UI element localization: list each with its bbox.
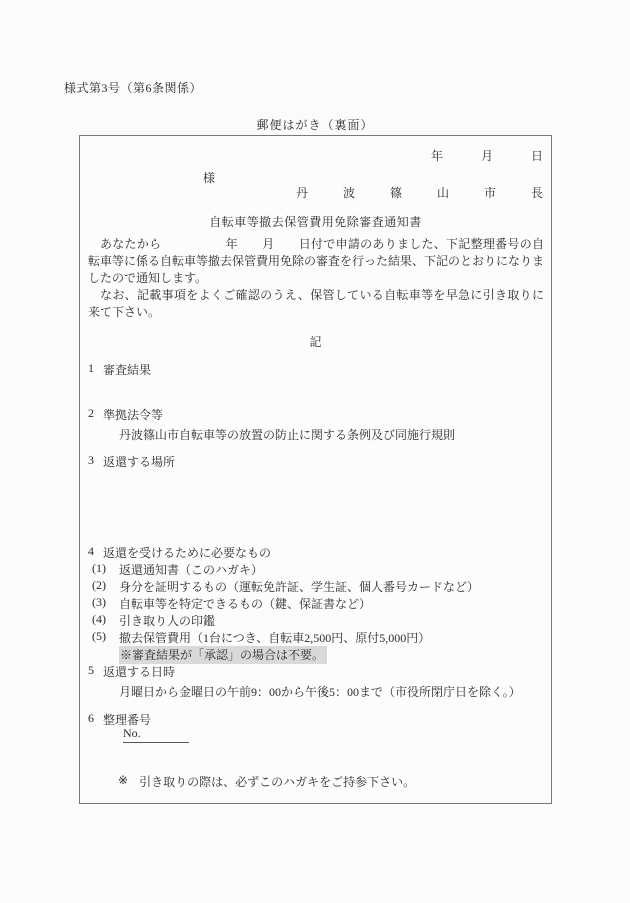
no-fill-in-field: No. [123, 726, 189, 743]
section-5-hours: 月曜日から金曜日の午前9：00から午後5：00まで（市役所閉庁日を除く。） [119, 683, 521, 700]
subitem-text: 身分を証明するもの（運転免許証、学生証、個人番号カードなど） [119, 578, 479, 595]
section-label: 返還する場所 [103, 453, 175, 470]
required-item-5: (5) 撤去保管費用（1台につき、自転車2,500円、原付5,000円） [92, 629, 430, 646]
required-item-3: (3) 自転車等を特定できるもの（鍵、保証書など） [92, 595, 371, 612]
mayor-char: 篠 [390, 184, 402, 201]
reference-number-blank: No. [123, 726, 189, 743]
subitem-text: 撤去保管費用（1台につき、自転車2,500円、原付5,000円） [119, 629, 430, 646]
intro-before-date: あなたから [100, 237, 161, 251]
record-marker: 記 [80, 333, 551, 350]
intro-paragraph-1: あなたから年月日付で申請のありました、下記整理番号の自転車等に係る自転車等撤去保… [88, 236, 544, 287]
mayor-char: 長 [531, 184, 543, 201]
postcard-card: 年 月 日 様 丹 波 篠 山 市 長 自転車等撤去保管費用免除審査通知書 あな… [79, 135, 552, 804]
required-item-4: (4) 引き取り人の印鑑 [92, 612, 215, 629]
subitem-number: (1) [92, 561, 119, 578]
document-title: 自転車等撤去保管費用免除審査通知書 [80, 213, 551, 230]
subitem-number: (2) [92, 578, 119, 595]
required-item-2: (2) 身分を証明するもの（運転免許証、学生証、個人番号カードなど） [92, 578, 479, 595]
section-number: 2 [88, 406, 103, 423]
subitem-number: (3) [92, 595, 119, 612]
section-3-return-place: 3 返還する場所 [88, 453, 175, 470]
date-line: 年 月 日 [431, 147, 543, 164]
section-label: 返還する日時 [103, 663, 175, 680]
intro-year-label: 年 [225, 237, 238, 251]
mayor-char: 波 [343, 184, 355, 201]
sender-mayor-line: 丹 波 篠 山 市 長 [296, 184, 543, 201]
pickup-reminder-note: ※ 引き取りの際は、必ずこのハガキをご持参下さい。 [118, 773, 415, 790]
section-5-return-datetime: 5 返還する日時 [88, 663, 175, 680]
form-number: 様式第3号（第6条関係） [64, 79, 202, 96]
subitem-text: 自転車等を特定できるもの（鍵、保証書など） [119, 595, 371, 612]
subitem-text: 引き取り人の印鑑 [119, 612, 215, 629]
postcard-side-label: 郵便はがき（裏面） [0, 116, 630, 133]
note-asterisk-mark: ※ [118, 773, 128, 790]
subitem-text: 返還通知書（このハガキ） [119, 561, 263, 578]
section-1-review-result: 1 審査結果 [88, 361, 151, 378]
intro-month-label: 月 [262, 237, 275, 251]
required-item-1: (1) 返還通知書（このハガキ） [92, 561, 263, 578]
date-year-label: 年 [431, 147, 443, 164]
subitem-number: (4) [92, 612, 119, 629]
addressee-honorific: 様 [203, 169, 215, 186]
document-page: { "page": { "form_number": "様式第3号（第6条関係）… [0, 0, 630, 903]
section-label: 準拠法令等 [103, 406, 163, 423]
intro-paragraphs: あなたから年月日付で申請のありました、下記整理番号の自転車等に係る自転車等撤去保… [88, 236, 544, 321]
section-number: 6 [88, 711, 103, 728]
section-2-governing-law: 2 準拠法令等 [88, 406, 163, 423]
highlighted-text: ※審査結果が「承認」の場合は不要。 [119, 646, 327, 664]
section-label: 審査結果 [103, 361, 151, 378]
approval-exemption-note: ※審査結果が「承認」の場合は不要。 [119, 646, 327, 664]
section-4-required-items: 4 返還を受けるために必要なもの [88, 544, 271, 561]
subitem-number: (5) [92, 629, 119, 646]
section-number: 3 [88, 453, 103, 470]
section-label: 返還を受けるために必要なもの [103, 544, 271, 561]
note-text: 引き取りの際は、必ずこのハガキをご持参下さい。 [139, 773, 415, 790]
section-number: 1 [88, 361, 103, 378]
mayor-char: 丹 [296, 184, 308, 201]
section-2-law-name: 丹波篠山市自転車等の放置の防止に関する条例及び同施行規則 [119, 426, 455, 443]
mayor-char: 山 [437, 184, 449, 201]
section-number: 4 [88, 544, 103, 561]
date-month-label: 月 [481, 147, 493, 164]
date-day-label: 日 [531, 147, 543, 164]
intro-paragraph-2: なお、記載事項をよくご確認のうえ、保管している自転車等を早急に引き取りに来て下さ… [88, 287, 544, 321]
section-number: 5 [88, 663, 103, 680]
mayor-char: 市 [484, 184, 496, 201]
